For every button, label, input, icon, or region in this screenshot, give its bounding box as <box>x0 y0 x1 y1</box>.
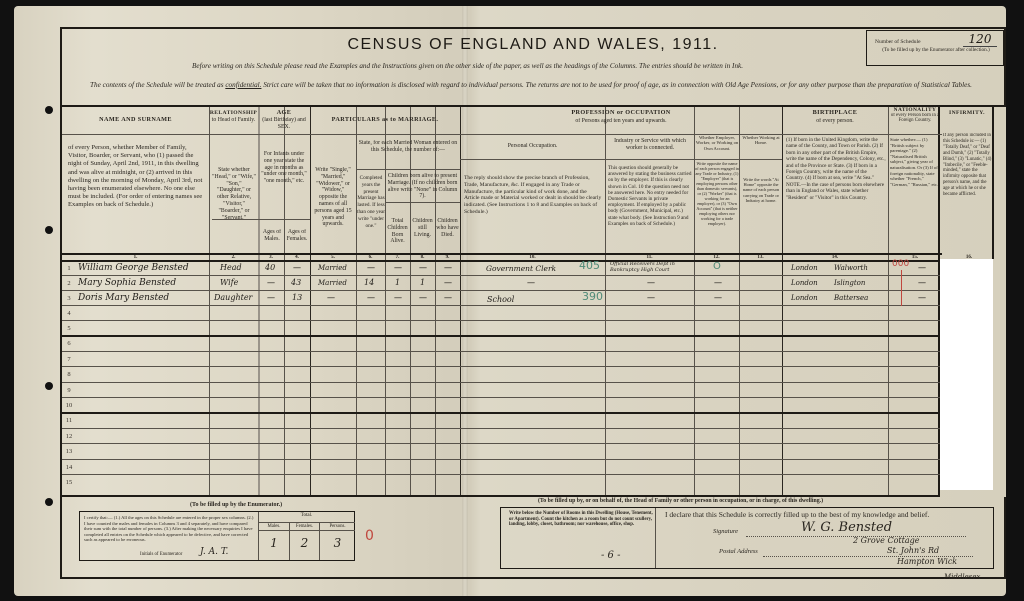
enumerator-caption: (To be filled up by the Enumerator.) <box>190 502 282 508</box>
row-rule <box>62 459 942 460</box>
row-rule <box>62 305 942 306</box>
entry-infirmity: — <box>918 278 926 287</box>
row-rule <box>62 382 942 383</box>
col3-subtitle: (last Birthday) and SEX. <box>258 117 310 131</box>
punch-hole <box>45 106 53 114</box>
col12-desc: Write opposite the name of each person e… <box>695 161 739 226</box>
row-number: 2 <box>64 280 74 287</box>
entry-children-born: — <box>394 263 402 272</box>
signature-label: Signature <box>713 528 738 535</box>
entry-age-female: 13 <box>292 293 302 302</box>
persons-label: Persons. <box>320 522 355 531</box>
males-value: 1 <box>259 536 289 550</box>
declaration-caption: (To be filled up by, or on behalf of, th… <box>538 498 823 504</box>
entry-years-married: — <box>367 263 375 272</box>
entry-occupation: School <box>487 295 514 304</box>
enumerator-initials-label: Initials of Enumerator <box>140 552 182 557</box>
punch-hole <box>45 382 53 390</box>
col14-subtitle: of every person. <box>782 118 888 125</box>
row-number: 11 <box>64 417 74 424</box>
males-label: Males. <box>259 522 289 531</box>
schedule-header: CENSUS OF ENGLAND AND WALES, 1911. Befor… <box>60 27 1006 107</box>
entry-birth-parish: Walworth <box>834 264 868 272</box>
col3-sub: Ages of Males. <box>260 229 284 243</box>
column-number: 14. <box>782 255 888 260</box>
declaration-statement: I declare that this Schedule is correctl… <box>665 510 929 519</box>
females-label: Females. <box>290 522 319 531</box>
entry-employer-status: — <box>714 278 722 287</box>
col-divider <box>605 107 606 495</box>
column-number: 9. <box>435 255 460 260</box>
females-value: 2 <box>290 536 319 550</box>
column-number: 7. <box>385 255 410 260</box>
address-line-3: Hampton Wick <box>897 557 957 566</box>
column-number: 3. <box>258 255 284 260</box>
col16-desc: If any person included in this Schedule … <box>943 133 993 198</box>
entry-occupation-code: 390 <box>582 290 603 303</box>
row-number: 6 <box>64 340 74 347</box>
totals-label: Total. <box>259 513 354 518</box>
row-number: 14 <box>64 464 74 471</box>
column-number: 6. <box>356 255 385 260</box>
row-number: 13 <box>64 448 74 455</box>
col11-head: Industry or Service with which worker is… <box>607 138 693 152</box>
entry-occupation: — <box>527 278 535 287</box>
marriage-subheader-rule <box>356 169 460 170</box>
entry-birth-parish: Battersea <box>834 294 868 302</box>
row-rule <box>62 397 942 398</box>
col1-desc: of every Person, whether Member of Famil… <box>68 144 206 210</box>
address-line-1: 2 Grove Cottage <box>853 536 919 545</box>
column-number: 1. <box>62 255 209 260</box>
col4-sub: Ages of Females. <box>284 229 310 243</box>
entry-birth-county: London <box>791 264 818 272</box>
entry-relationship: Daughter <box>214 293 252 302</box>
col-divider <box>435 107 436 495</box>
row-group-rule <box>62 412 942 414</box>
col-divider <box>739 107 740 495</box>
punch-hole <box>45 498 53 506</box>
entry-relationship: Wife <box>220 278 238 287</box>
row-rule <box>62 428 942 429</box>
col8-desc: Children still Living. <box>410 218 435 238</box>
row-rule <box>62 290 942 291</box>
rooms-instructions: Write below the Number of Rooms in this … <box>509 511 654 528</box>
row-rule <box>62 474 942 475</box>
col9-desc: Children who have Died. <box>435 218 460 238</box>
column-number: 5. <box>310 255 356 260</box>
enumerator-box: I certify that:— (1.) All the ages on th… <box>79 511 355 561</box>
col-divider <box>888 107 889 495</box>
entry-occupation: Government Clerk <box>486 264 556 273</box>
schedule-number-value: 120 <box>963 32 997 47</box>
occupation-head-rule <box>460 159 782 160</box>
entry-nationality-mark: 000 <box>892 259 909 269</box>
col5-title: PARTICULARS as to MARRIAGE. <box>310 117 460 124</box>
entry-children-living: 1 <box>420 278 425 287</box>
row-rule <box>62 366 942 367</box>
col-divider <box>460 107 461 495</box>
children-subheader-rule <box>385 202 460 203</box>
entry-birth-county: London <box>791 294 818 302</box>
row-rule <box>62 351 942 352</box>
column-number: 13. <box>739 255 782 260</box>
county-annotation: Middlesex <box>944 573 980 581</box>
col7-desc: Total Children Born Alive. <box>385 218 410 245</box>
col-divider <box>385 107 386 495</box>
col-divider <box>310 107 311 495</box>
row-number: 4 <box>64 310 74 317</box>
column-number: 8. <box>410 255 435 260</box>
col14-desc: (1) If born in the United Kingdom, write… <box>786 137 886 201</box>
red-margin-stroke <box>901 270 902 306</box>
column-number: 2. <box>209 255 258 260</box>
row-rule <box>62 320 942 321</box>
entry-occupation-code: 405 <box>579 259 600 272</box>
persons-value: 3 <box>320 536 355 550</box>
enumerator-initials: J. A. T. <box>200 547 228 557</box>
col7-group: Children born alive to present Marriage.… <box>386 173 459 200</box>
instruction-prefix: The contents of the Schedule will be tre… <box>90 81 225 89</box>
col16-header: INFIRMITY. If any person included in thi… <box>940 107 994 259</box>
entry-marital: Married <box>318 264 347 272</box>
entry-children-born: 1 <box>395 278 400 287</box>
col5-desc: Write "Single," "Married," "Widower," or… <box>312 167 354 228</box>
col-divider <box>782 107 783 495</box>
schedule-number-box: Number of Schedule 120 (To be filled up … <box>866 30 1004 66</box>
entry-name: Doris Mary Bensted <box>78 293 169 303</box>
row-number: 7 <box>64 356 74 363</box>
row-number: 3 <box>64 295 74 302</box>
col3-desc: For Infants under one year state the age… <box>260 151 308 185</box>
col10-desc: The reply should show the precise branch… <box>464 175 602 216</box>
entry-relationship: Head <box>220 263 242 272</box>
entry-infirmity: — <box>918 293 926 302</box>
entry-infirmity: — <box>918 263 926 272</box>
instruction-suffix: Strict care will be taken that no inform… <box>261 81 971 89</box>
column-number: 12. <box>694 255 739 260</box>
col13-desc: Write the words "At Home" opposite the n… <box>742 177 780 203</box>
confidential-emphasis: confidential. <box>225 81 261 89</box>
col15-desc: State whether:— (1) "British subject by … <box>890 137 940 187</box>
entry-name: Mary Sophia Bensted <box>78 278 176 288</box>
schedule-number-label: Number of Schedule <box>875 39 921 45</box>
entry-age-male: — <box>267 293 275 302</box>
entry-years-married: — <box>367 293 375 302</box>
col2-title: RELATIONSHIP <box>209 110 258 117</box>
address-label: Postal Address <box>719 548 758 555</box>
col10-title: PROFESSION or OCCUPATION <box>460 110 782 117</box>
col-divider <box>209 107 210 495</box>
entry-industry: — <box>647 278 655 287</box>
document-title: CENSUS OF ENGLAND AND WALES, 1911. <box>62 36 1004 54</box>
col3-title: AGE <box>258 110 310 117</box>
entry-employer-status: — <box>714 293 722 302</box>
redacted-area <box>940 259 993 490</box>
entry-marital: — <box>327 293 335 302</box>
entry-age-male: 40 <box>265 263 275 272</box>
col-divider <box>356 107 357 495</box>
entry-children-living: — <box>419 263 427 272</box>
entry-children-died: — <box>444 293 452 302</box>
col-divider <box>410 107 411 495</box>
col6-group: State, for each Married Woman entered on… <box>358 140 458 154</box>
declaration-box: Write below the Number of Rooms in this … <box>500 507 994 569</box>
col15-subtitle: of every Person born in a Foreign Countr… <box>888 113 942 124</box>
persons-cell: Persons. 3 <box>319 522 355 560</box>
row-rule <box>62 275 942 276</box>
red-margin-mark: 0 <box>365 528 374 544</box>
schedule-number-note: (To be filled up by the Enumerator after… <box>873 47 999 53</box>
address-line-2: St. John's Rd <box>887 546 939 555</box>
instruction-line-2: The contents of the Schedule will be tre… <box>66 79 996 91</box>
col10-subtitle: of Persons aged ten years and upwards. <box>460 118 782 125</box>
instruction-line-1: Before writing on this Schedule please r… <box>192 62 743 70</box>
column-number: 4. <box>284 255 310 260</box>
col6-desc: Completed years the present Marriage has… <box>357 175 385 229</box>
rooms-value: - 6 - <box>601 550 620 561</box>
punch-hole <box>45 226 53 234</box>
entry-children-living: — <box>419 293 427 302</box>
entry-industry: Official Receivers Dept in Bankruptcy Hi… <box>610 261 694 273</box>
row-number: 9 <box>64 387 74 394</box>
column-number: 11. <box>605 255 694 260</box>
col13-head: Whether Working at Home. <box>740 135 782 146</box>
entry-name: William George Bensted <box>78 263 189 273</box>
col11-desc: This question should generally be answer… <box>608 165 693 227</box>
entry-age-female: — <box>293 263 301 272</box>
entry-employer-status: O <box>713 261 721 272</box>
females-cell: Females. 2 <box>289 522 319 560</box>
entry-children-died: — <box>444 263 452 272</box>
enumerator-certification: I certify that:— (1.) All the ages on th… <box>84 515 254 543</box>
entry-age-female: 43 <box>291 278 301 287</box>
col12-head: Whether Employer, Worker, or Working on … <box>695 135 739 151</box>
col16-title: INFIRMITY. <box>940 110 994 117</box>
entry-industry: — <box>647 293 655 302</box>
totals-box: Total. Males. 1 Females. 2 Persons. 3 <box>258 512 354 560</box>
col2-desc: State whether "Head," or "Wife," "Son," … <box>212 167 256 221</box>
entry-children-died: — <box>444 278 452 287</box>
signature-value: W. G. Bensted <box>801 520 892 535</box>
males-cell: Males. 1 <box>259 522 289 560</box>
row-number: 5 <box>64 325 74 332</box>
col1-title: NAME AND SURNAME <box>62 117 209 124</box>
colnum-bottom-rule <box>62 260 942 262</box>
col10-head: Personal Occupation. <box>460 143 605 150</box>
household-table: NAME AND SURNAME of every Person, whethe… <box>60 107 940 497</box>
col2-subtitle: to Head of Family. <box>209 117 258 124</box>
entry-children-born: — <box>394 293 402 302</box>
entry-years-married: 14 <box>364 278 374 287</box>
entry-birth-parish: Islington <box>834 279 865 287</box>
entry-birth-county: London <box>791 279 818 287</box>
row-number: 8 <box>64 371 74 378</box>
rooms-box: Write below the Number of Rooms in this … <box>501 508 656 568</box>
entry-age-male: — <box>267 278 275 287</box>
col14-title: BIRTHPLACE <box>782 110 888 117</box>
row-rule <box>62 443 942 444</box>
row-number: 15 <box>64 479 74 486</box>
row-number: 12 <box>64 433 74 440</box>
row-number: 1 <box>64 265 74 272</box>
row-number: 10 <box>64 402 74 409</box>
entry-marital: Married <box>318 279 347 287</box>
row-group-rule <box>62 335 942 337</box>
